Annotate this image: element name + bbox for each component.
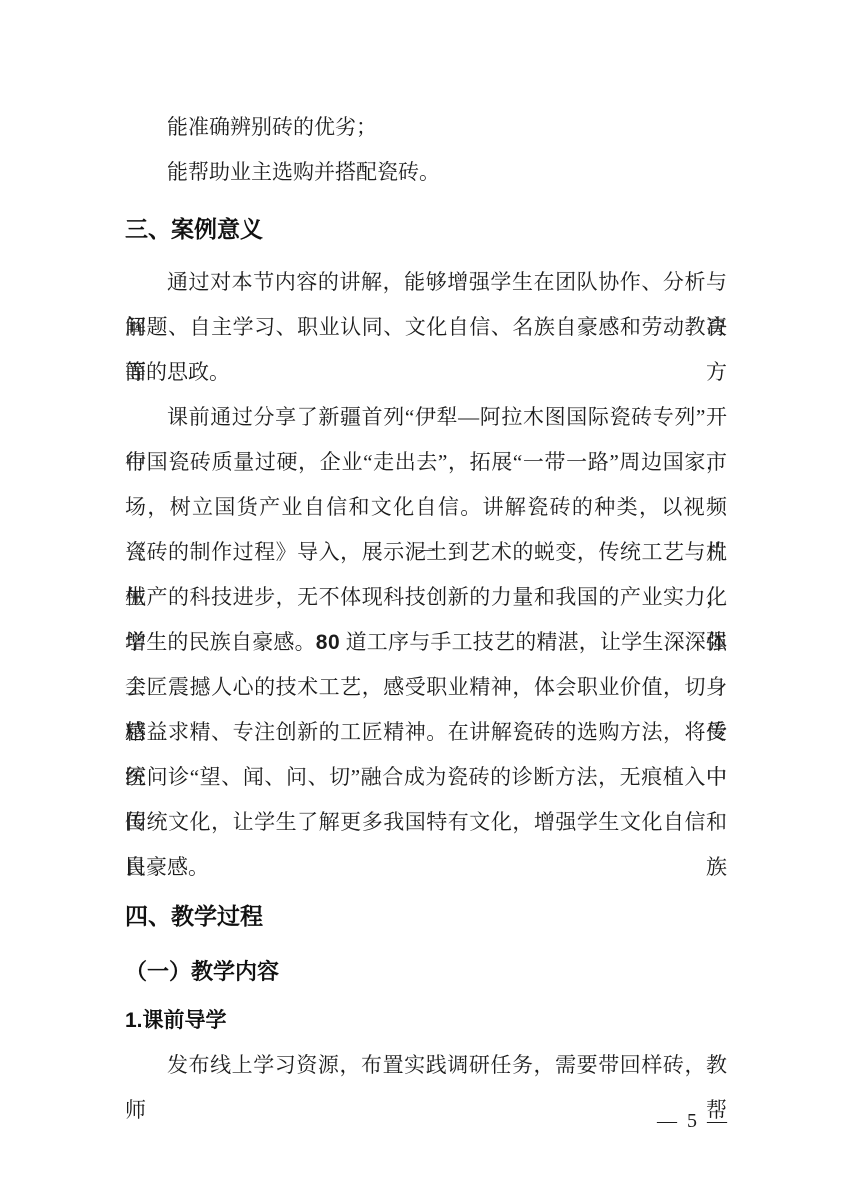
text-line: 精益求精、专注创新的工匠精神。在讲解瓷砖的选购方法，将传统中 — [125, 710, 727, 755]
text-line: 课前通过分享了新疆首列“伊犁—阿拉木图国际瓷砖专列”开行， — [125, 395, 727, 440]
page-footer: —5— — [657, 1108, 727, 1134]
footer-dash-right: — — [707, 1110, 727, 1132]
paragraph-pre-class-guidance: 发布线上学习资源，布置实践调研任务，需要带回样砖，教师帮 — [125, 1043, 727, 1088]
text-line: 发布线上学习资源，布置实践调研任务，需要带回样砖，教师帮 — [125, 1043, 727, 1088]
text-line: 问题、自主学习、职业认同、文化自信、名族自豪感和劳动教育等方 — [125, 305, 727, 350]
text-line: 瓷砖的制作过程》导入，展示泥土到艺术的蜕变，传统工艺与机械化 — [125, 530, 727, 575]
document-page: 能准确辨别砖的优劣；能帮助业主选购并搭配瓷砖。 三、案例意义 通过对本节内容的讲… — [0, 0, 849, 1202]
text-line: 能帮助业主选购并搭配瓷砖。 — [125, 150, 727, 195]
section-heading-case-significance: 三、案例意义 — [125, 207, 727, 252]
text-line: 传统文化，让学生了解更多我国特有文化，增强学生文化自信和民族 — [125, 800, 727, 845]
page-number: 5 — [687, 1110, 697, 1132]
text-line: 工匠震撼人心的技术工艺，感受职业精神，体会职业价值，切身感受 — [125, 665, 727, 710]
paragraph-case-overview: 通过对本节内容的讲解，能够增强学生在团队协作、分析与解决问题、自主学习、职业认同… — [125, 260, 727, 395]
text-line: 中国瓷砖质量过硬，企业“走出去”，拓展“一带一路”周边国家市 — [125, 440, 727, 485]
item-heading-pre-class-guidance: 1.课前导学 — [125, 998, 727, 1043]
text-line: 通过对本节内容的讲解，能够增强学生在团队协作、分析与解决 — [125, 260, 727, 305]
section-heading-teaching-process: 四、教学过程 — [125, 894, 727, 939]
text-line: 学生的民族自豪感。80 道工序与手工技艺的精湛，让学生深深体会 — [125, 620, 727, 665]
page-content: 能准确辨别砖的优劣；能帮助业主选购并搭配瓷砖。 三、案例意义 通过对本节内容的讲… — [125, 105, 727, 1088]
footer-dash-left: — — [657, 1110, 677, 1132]
paragraph-case-detail: 课前通过分享了新疆首列“伊犁—阿拉木图国际瓷砖专列”开行，中国瓷砖质量过硬，企业… — [125, 395, 727, 890]
text-line: 医问诊“望、闻、问、切”融合成为瓷砖的诊断方法，无痕植入中国 — [125, 755, 727, 800]
text-line: 能准确辨别砖的优劣； — [125, 105, 727, 150]
text-line: 场，树立国货产业自信和文化自信。讲解瓷砖的种类，以视频《一片 — [125, 485, 727, 530]
text-line: 生产的科技进步，无不体现科技创新的力量和我国的产业实力，增强 — [125, 575, 727, 620]
objective-lines: 能准确辨别砖的优劣；能帮助业主选购并搭配瓷砖。 — [125, 105, 727, 195]
subsection-heading-teaching-content: （一）教学内容 — [125, 949, 727, 994]
